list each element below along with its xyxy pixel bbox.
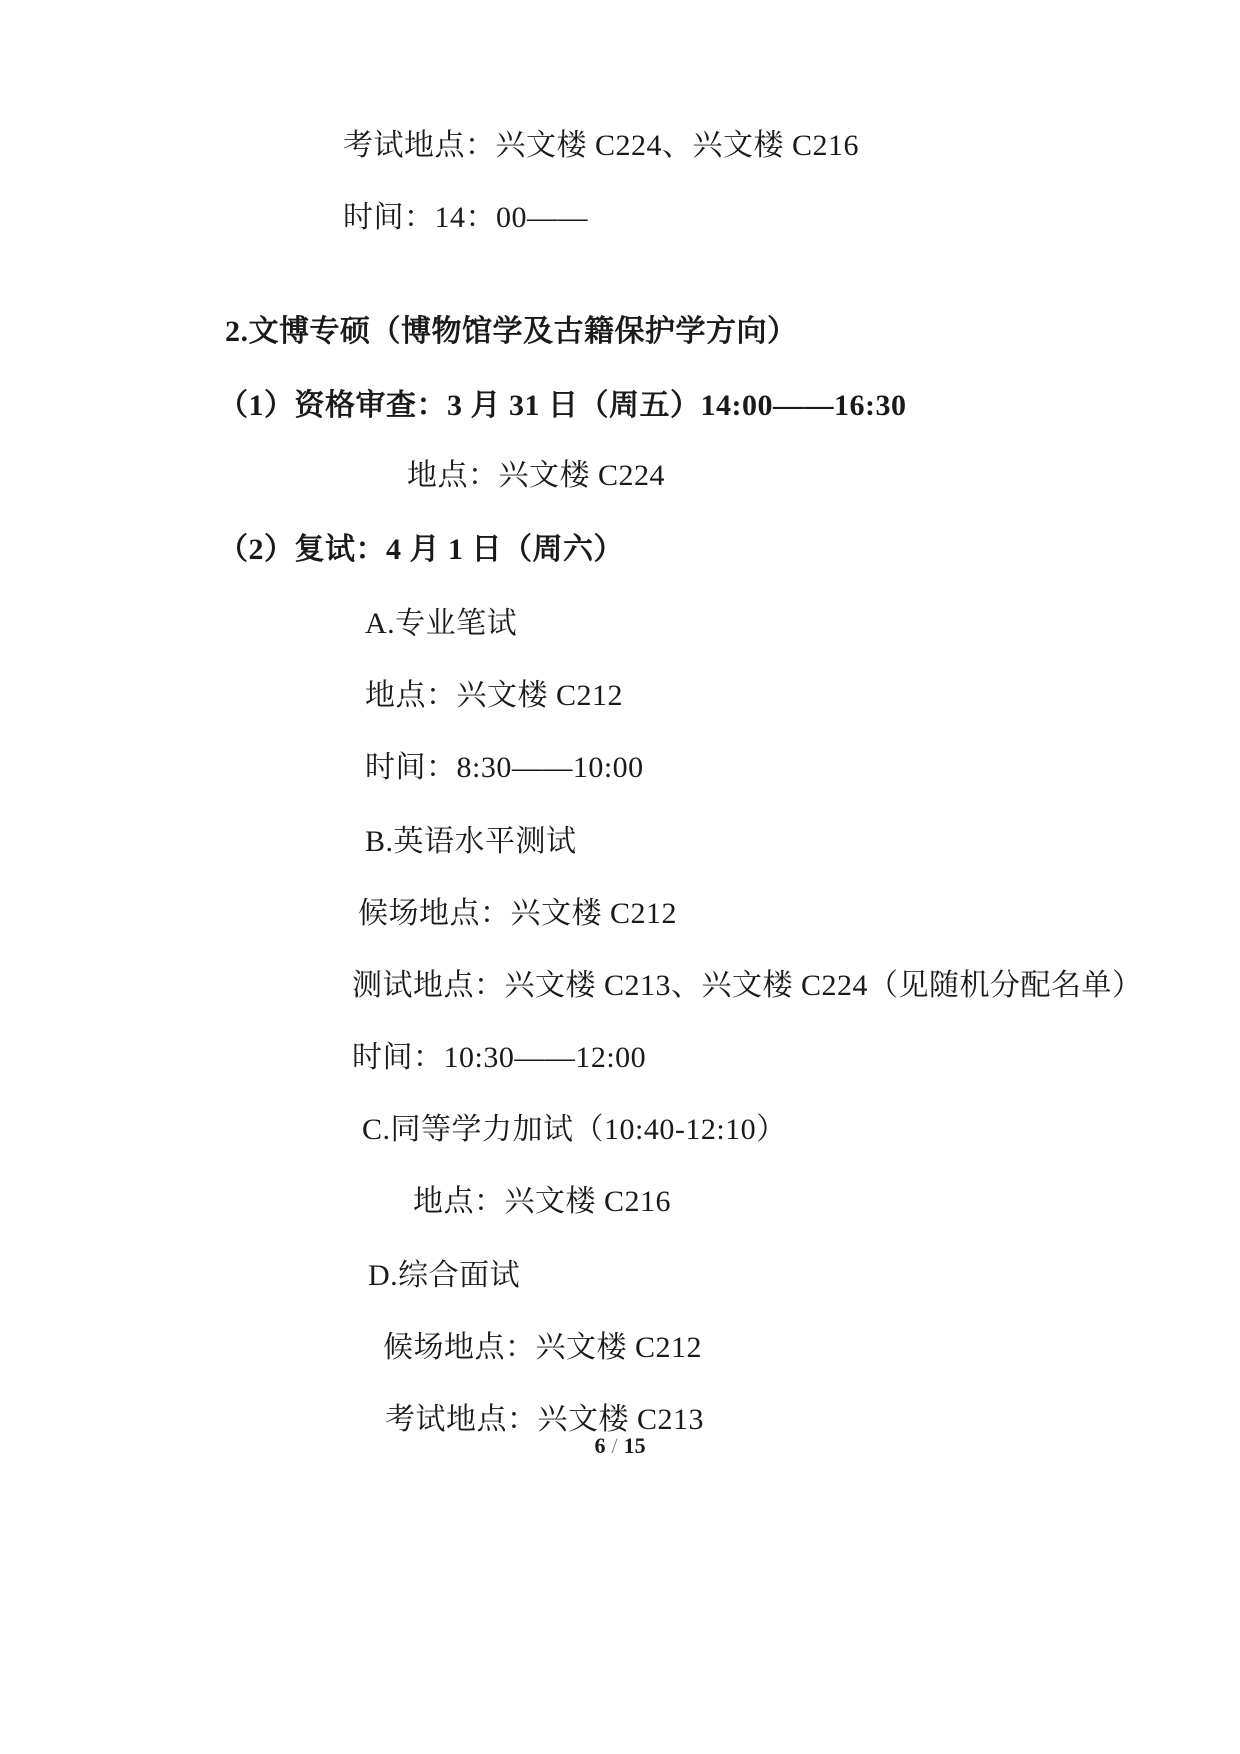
line-item-c-equivalency-test: C.同等学力加试（10:40-12:10） — [362, 1110, 787, 1150]
line-time-prev-section: 时间：14：00—— — [343, 198, 588, 238]
page-number-total: 15 — [624, 1433, 646, 1458]
page-footer: 6/15 — [0, 1432, 1240, 1460]
line-written-test-time: 时间：8:30——10:00 — [365, 748, 644, 788]
heading-retest-date: （2）复试：4 月 1 日（周六） — [218, 530, 624, 570]
line-item-a-written-test: A.专业笔试 — [365, 604, 517, 644]
line-qualification-review-location: 地点：兴文楼 C224 — [407, 456, 665, 496]
line-english-test-location: 测试地点：兴文楼 C213、兴文楼 C224（见随机分配名单） — [352, 966, 1143, 1006]
line-item-d-comprehensive-interview: D.综合面试 — [368, 1256, 520, 1296]
line-written-test-location: 地点：兴文楼 C212 — [365, 676, 623, 716]
line-english-test-time: 时间：10:30——12:00 — [352, 1038, 646, 1078]
line-exam-location-prev-section: 考试地点：兴文楼 C224、兴文楼 C216 — [343, 126, 859, 166]
line-item-b-english-test: B.英语水平测试 — [365, 822, 577, 862]
heading-section-2-wenbo-program: 2.文博专硕（博物馆学及古籍保护学方向） — [225, 312, 798, 352]
page-number-separator: / — [605, 1433, 623, 1458]
line-english-waiting-location: 候场地点：兴文楼 C212 — [358, 894, 677, 934]
line-equivalency-test-location: 地点：兴文楼 C216 — [413, 1182, 671, 1222]
line-interview-waiting-location: 候场地点：兴文楼 C212 — [383, 1328, 702, 1368]
heading-qualification-review: （1）资格审查：3 月 31 日（周五）14:00——16:30 — [218, 386, 906, 426]
document-page: 考试地点：兴文楼 C224、兴文楼 C216 时间：14：00—— 2.文博专硕… — [0, 0, 1240, 1754]
page-number-current: 6 — [594, 1433, 605, 1458]
